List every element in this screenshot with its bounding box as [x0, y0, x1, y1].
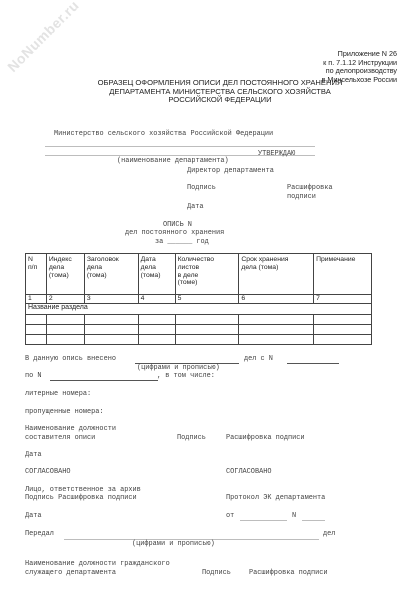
inventory-table: Nп/п Индексдела(тома) Заголовокдела(тома…: [25, 253, 372, 345]
header-cell-index: Индексдела(тома): [46, 254, 84, 295]
entered-label: В данную опись внесено: [25, 355, 116, 363]
approval-decode: Расшифровка: [287, 184, 333, 192]
to-number-line[interactable]: [50, 380, 158, 381]
transferred-cases-label: дел: [323, 530, 335, 538]
number-cell: 1: [26, 295, 47, 304]
archive-date-label: Дата: [25, 512, 42, 520]
inventory-year: за ______ год: [155, 238, 209, 246]
compiler-position-label: Наименование должности: [25, 425, 116, 433]
table-row: [26, 325, 372, 335]
archive-person-label: Лицо, ответственное за архив: [25, 486, 141, 494]
cases-from-label: дел с N: [244, 355, 273, 363]
servant-position-label-2: служащего департамента: [25, 569, 116, 577]
year-prefix: за: [155, 238, 163, 246]
servant-position-label: Наименование должности гражданского: [25, 560, 170, 568]
compiler-signature-label: Подпись: [177, 434, 206, 442]
transferred-label: Передал: [25, 530, 54, 538]
agreed-left: СОГЛАСОВАНО: [25, 468, 71, 476]
watermark: NoNumber.ru: [4, 0, 82, 75]
number-cell: 2: [46, 295, 84, 304]
protocol-from-label: от: [226, 512, 234, 520]
title-line: РОССИЙСКОЙ ФЕДЕРАЦИИ: [60, 96, 380, 105]
table-section-row: Название раздела: [26, 304, 372, 315]
agreed-right: СОГЛАСОВАНО: [226, 468, 272, 476]
department-caption: (наименование департамента): [117, 157, 229, 165]
table-header-row: Nп/п Индексдела(тома) Заголовокдела(тома…: [26, 254, 372, 295]
number-cell: 6: [239, 295, 314, 304]
department-line-1: [45, 146, 315, 147]
table-row: [26, 335, 372, 345]
number-cell: 4: [138, 295, 175, 304]
missing-numbers-label: пропущенные номера:: [25, 408, 104, 416]
number-cell: 7: [314, 295, 372, 304]
servant-decode-label: Расшифровка подписи: [249, 569, 328, 577]
digits-caption: (цифрами и прописью): [137, 364, 220, 372]
approval-date: Дата: [187, 203, 204, 211]
protocol-number-line[interactable]: [302, 520, 325, 521]
document-title: ОБРАЗЕЦ ОФОРМЛЕНИЯ ОПИСИ ДЕЛ ПОСТОЯННОГО…: [60, 79, 380, 105]
number-cell: 5: [175, 295, 239, 304]
table-row: [26, 315, 372, 325]
letter-numbers-label: литерные номера:: [25, 390, 91, 398]
archive-signature-label: Подпись Расшифровка подписи: [25, 494, 137, 502]
approval-position: Директор департамента: [187, 167, 274, 175]
transferred-caption: (цифрами и прописью): [132, 540, 215, 548]
ministry-name: Министерство сельского хозяйства Российс…: [54, 130, 273, 138]
to-number-label: по N: [25, 372, 42, 380]
compiler-position-label-2: составителя описи: [25, 434, 95, 442]
year-suffix: год: [196, 238, 208, 246]
compiler-decode-label: Расшифровка подписи: [226, 434, 305, 442]
header-cell-num: Nп/п: [26, 254, 47, 295]
header-cell-sheets: Количестволистовв деле(томе): [175, 254, 239, 295]
ek-protocol-label: Протокол ЭК департамента: [226, 494, 325, 502]
protocol-n-label: N: [292, 512, 296, 520]
inventory-number: ОПИСЬ N: [163, 221, 192, 229]
header-cell-retention: Срок хранениядела (тома): [239, 254, 314, 295]
year-blank: ______: [167, 238, 192, 246]
approval-signature: Подпись: [187, 184, 216, 192]
header-cell-note: Примечание: [314, 254, 372, 295]
compiler-date-label: Дата: [25, 451, 42, 459]
table-number-row: 1 2 3 4 5 6 7: [26, 295, 372, 304]
from-number-line[interactable]: [287, 363, 339, 364]
including-label: , в том числе:: [157, 372, 215, 380]
approval-heading: УТВЕРЖДАЮ: [258, 150, 295, 158]
header-cell-title: Заголовокдела(тома): [84, 254, 138, 295]
approval-decode-2: подписи: [287, 193, 316, 201]
section-name-cell: Название раздела: [26, 304, 372, 315]
protocol-date-line[interactable]: [240, 520, 287, 521]
number-cell: 3: [84, 295, 138, 304]
header-cell-date: Датадела(тома): [138, 254, 175, 295]
inventory-subtitle: дел постоянного хранения: [125, 229, 224, 237]
servant-signature-label: Подпись: [202, 569, 231, 577]
